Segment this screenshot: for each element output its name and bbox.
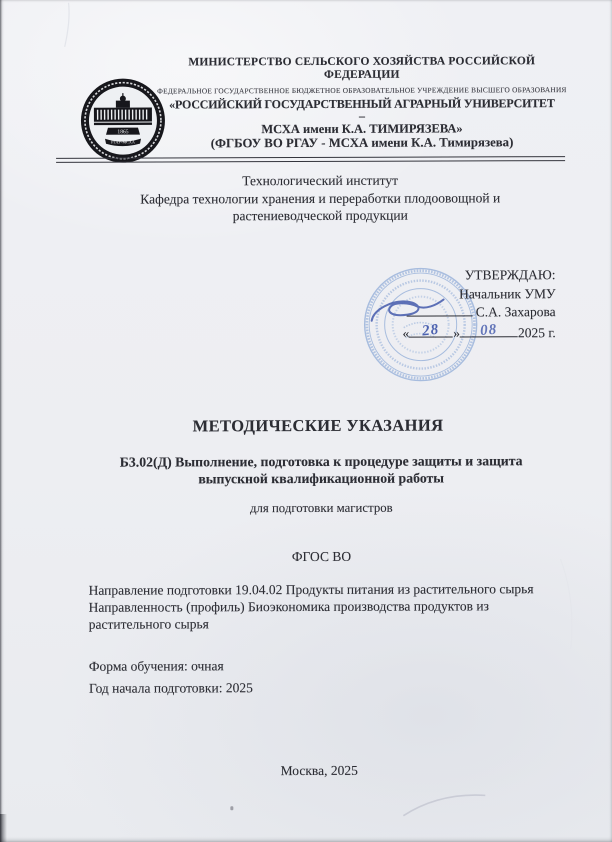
start-year-line: Год начала подготовки: 2025 — [89, 680, 253, 697]
page-content: 1865 РГАУ-МСХА МИНИСТЕРСТВО СЕЛЬСКОГО ХО… — [0, 0, 612, 842]
profile-line-2: растительного сырья — [89, 615, 579, 634]
seal-year: 1865 — [117, 129, 128, 135]
program-block: Направление подготовки 19.04.02 Продукты… — [89, 581, 579, 633]
date-day-blank: 28 — [409, 336, 453, 337]
subject-line-2: выпускной квалификационной работы — [66, 469, 576, 488]
city-year-line: Москва, 2025 — [61, 762, 577, 780]
approval-label: УТВЕРЖДАЮ: — [315, 266, 555, 285]
org-type-line: ФЕДЕРАЛЬНОЕ ГОСУДАРСТВЕННОЕ БЮДЖЕТНОЕ ОБ… — [157, 85, 567, 95]
department-line-2: растениеводческой продукции — [65, 206, 575, 225]
seal-ribbon-text: РГАУ-МСХА — [111, 139, 135, 144]
university-seal-icon: 1865 РГАУ-МСХА — [79, 76, 167, 164]
institute-name: Технологический институт — [65, 171, 575, 190]
institute-block: Технологический институт Кафедра техноло… — [65, 171, 575, 225]
subject-title: Б3.02(Д) Выполнение, подготовка к процед… — [66, 452, 576, 488]
date-year: 2025 г. — [518, 325, 556, 340]
approval-date-row: «28»082025 г. — [316, 324, 556, 343]
profile-line-1: Направленность (профиль) Биоэкономика пр… — [89, 598, 579, 617]
document-type-title: МЕТОДИЧЕСКИЕ УКАЗАНИЯ — [60, 415, 576, 437]
subject-line-1: Б3.02(Д) Выполнение, подготовка к процед… — [66, 452, 576, 471]
approver-title: Начальник УМУ — [316, 285, 556, 304]
ministry-line-1: МИНИСТЕРСТВО СЕЛЬСКОГО ХОЗЯЙСТВА РОССИЙС… — [157, 55, 567, 69]
university-name-line-2: МСХА имени К.А. ТИМИРЯЗЕВА» — [157, 121, 567, 136]
signature-row: С.А. Захарова — [316, 303, 556, 322]
university-abbreviation: (ФГБОУ ВО РГАУ - МСХА имени К.А. Тимиряз… — [157, 135, 567, 151]
scan-speck — [230, 806, 233, 810]
department-line-1: Кафедра технологии хранения и переработк… — [65, 189, 575, 208]
handwritten-month: 08 — [459, 319, 518, 342]
standard-line: ФГОС ВО — [66, 548, 576, 566]
header: МИНИСТЕРСТВО СЕЛЬСКОГО ХОЗЯЙСТВА РОССИЙС… — [157, 55, 567, 151]
handwritten-day: 28 — [408, 319, 454, 342]
date-month-blank: 08 — [460, 336, 518, 337]
header-divider — [56, 156, 565, 163]
document-page: 1865 РГАУ-МСХА МИНИСТЕРСТВО СЕЛЬСКОГО ХО… — [0, 0, 612, 842]
signature-line — [406, 315, 472, 316]
audience-line: для подготовки магистров — [66, 500, 576, 517]
study-form-line: Форма обучения: очная — [89, 658, 224, 674]
direction-line: Направление подготовки 19.04.02 Продукты… — [89, 581, 579, 600]
approver-name: С.А. Захарова — [476, 304, 556, 319]
approval-block: УТВЕРЖДАЮ: Начальник УМУ С.А. Захарова «… — [315, 266, 555, 343]
ministry-line-2: ФЕДЕРАЦИИ — [157, 68, 567, 82]
